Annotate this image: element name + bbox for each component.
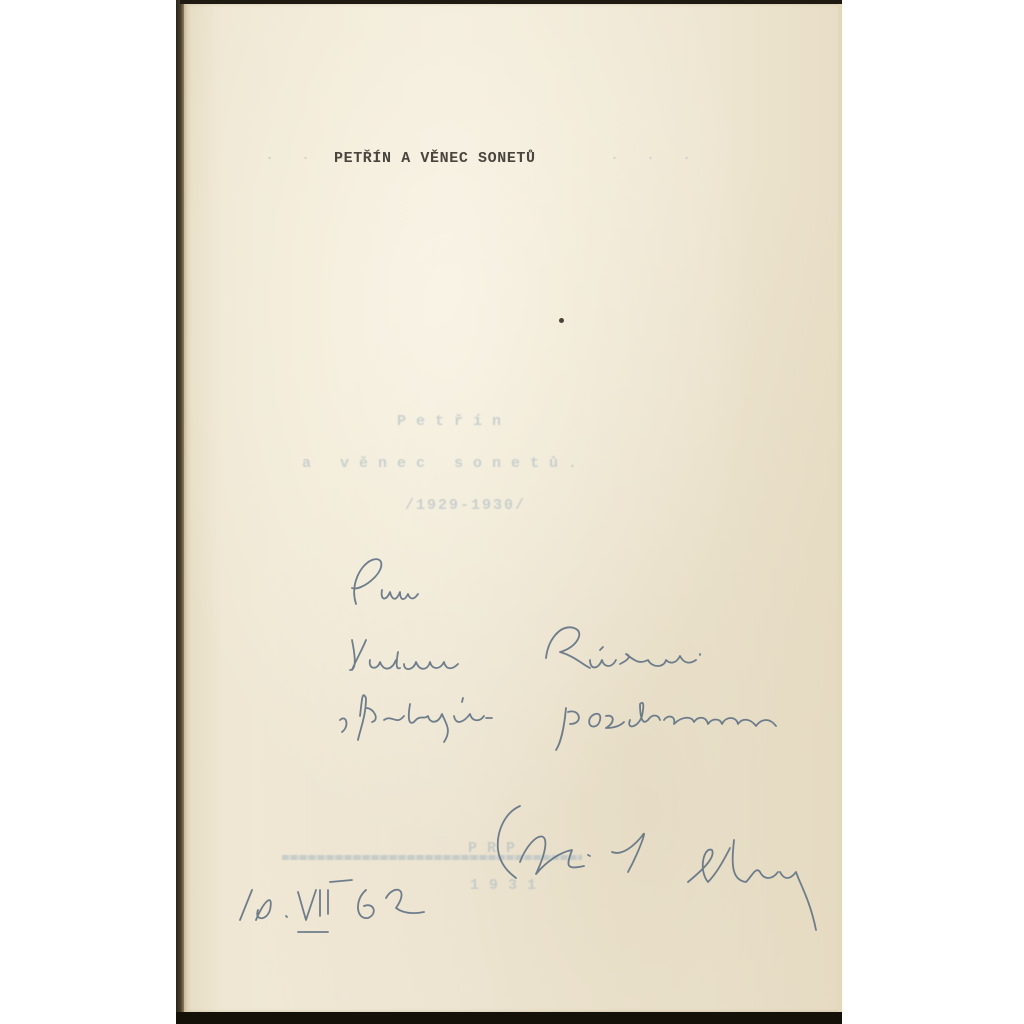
show-through-title-right: · · · — [610, 150, 700, 167]
page-right-edge — [838, 3, 842, 1013]
show-through-line-3: /1929-1930/ — [405, 497, 526, 514]
top-shadow — [180, 0, 842, 4]
bottom-shadow — [176, 1012, 842, 1024]
typed-title: PETŘÍN A VĚNEC SONETŮ — [334, 150, 536, 167]
show-through-line-2: a věnec sonetů. — [302, 455, 587, 472]
book-spine — [176, 0, 184, 1024]
scanned-page: · · · · · · PETŘÍN A VĚNEC SONETŮ Petřín… — [0, 0, 1024, 1024]
page-left-edge — [184, 3, 188, 1013]
show-through-line-5: 1931 — [470, 877, 546, 894]
show-through-line-1: Petřín — [397, 413, 511, 430]
ink-speck — [559, 318, 564, 323]
